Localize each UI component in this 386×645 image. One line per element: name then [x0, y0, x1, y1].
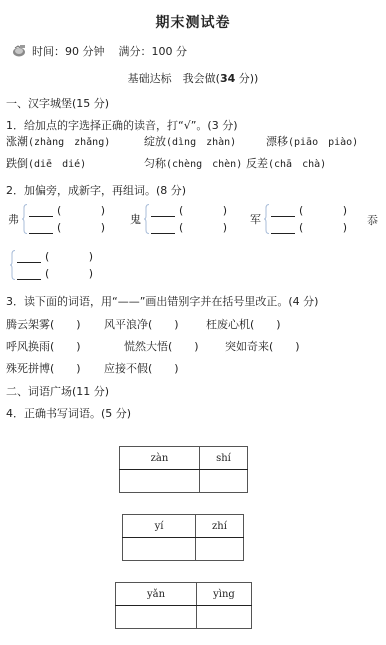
answer-slot[interactable]: ()	[151, 221, 227, 234]
page-title: 期末测试卷	[0, 12, 386, 32]
q3-word[interactable]: 枉废心机( )	[206, 316, 281, 332]
q3-word[interactable]: 殊死拼博( )	[6, 360, 81, 376]
brace-icon	[144, 204, 150, 234]
answer-cell[interactable]	[123, 538, 196, 561]
q1-item: 匀称(chèng chèn)	[144, 155, 242, 171]
pinyin-table: zàn shí	[119, 446, 248, 493]
pinyin-table: yǎn yìng	[115, 582, 252, 629]
time-label: 时间：90 分钟	[32, 43, 105, 59]
q3-word[interactable]: 突如奇来( )	[225, 338, 300, 354]
answer-cell[interactable]	[116, 606, 197, 629]
q1-item: 反差(chā chà)	[246, 155, 326, 171]
q3-word[interactable]: 呼风换雨( )	[6, 338, 81, 354]
radical-char: 忝	[367, 212, 378, 228]
pinyin-cell: zàn	[120, 447, 200, 470]
score-label: 满分：100 分	[119, 43, 188, 59]
brace-icon	[10, 250, 16, 280]
q3-word[interactable]: 慌然大悟( )	[124, 338, 199, 354]
radical-group: 军 () ()	[250, 204, 347, 234]
exam-meta: 时间：90 分钟 满分：100 分	[12, 43, 187, 59]
q1-item: 漂移(piāo piào)	[266, 133, 358, 149]
answer-cell[interactable]	[196, 538, 244, 561]
q4-prompt: 4．正确书写词语。(5 分)	[6, 405, 131, 421]
q3-word[interactable]: 腾云架雾( )	[6, 316, 81, 332]
mouse-pointer-icon	[12, 45, 26, 57]
answer-slot[interactable]: ()	[17, 250, 93, 263]
q1-item: 绽放(dìng zhàn)	[144, 133, 236, 149]
q3-word[interactable]: 风平浪净( )	[104, 316, 179, 332]
q1-item: 跌倒(diē dié)	[6, 155, 86, 171]
q3-prompt: 3．读下面的词语，用“——”画出错别字并在括号里改正。(4 分)	[6, 293, 318, 309]
answer-cell[interactable]	[200, 470, 248, 493]
pinyin-table: yí zhí	[122, 514, 244, 561]
q1-prompt: 1．给加点的字选择正确的读音，打“√”。(3 分)	[6, 117, 237, 133]
radical-group: () ()	[10, 250, 93, 280]
pinyin-cell: yǎn	[116, 583, 197, 606]
pinyin-cell: yí	[123, 515, 196, 538]
brace-icon	[22, 204, 28, 234]
answer-slot[interactable]: ()	[29, 204, 105, 217]
q2-prompt: 2．加偏旁，成新字，再组词。(8 分)	[6, 182, 186, 198]
pinyin-cell: yìng	[197, 583, 252, 606]
section-subtitle: 基础达标 我会做(34 分))	[0, 70, 386, 86]
radical-group: 鬼 () ()	[130, 204, 227, 234]
answer-cell[interactable]	[197, 606, 252, 629]
answer-slot[interactable]: ()	[271, 204, 347, 217]
answer-slot[interactable]: ()	[151, 204, 227, 217]
answer-cell[interactable]	[120, 470, 200, 493]
q1-item: 涨潮(zhàng zhǎng)	[6, 133, 110, 149]
answer-slot[interactable]: ()	[29, 221, 105, 234]
pinyin-cell: zhí	[196, 515, 244, 538]
answer-slot[interactable]: ()	[271, 221, 347, 234]
radical-group: 弗 () ()	[8, 204, 105, 234]
section1-heading: 一、汉字城堡(15 分)	[6, 95, 109, 111]
pinyin-cell: shí	[200, 447, 248, 470]
q3-word[interactable]: 应接不假( )	[104, 360, 179, 376]
brace-icon	[264, 204, 270, 234]
section2-heading: 二、词语广场(11 分)	[6, 383, 109, 399]
answer-slot[interactable]: ()	[17, 267, 93, 280]
